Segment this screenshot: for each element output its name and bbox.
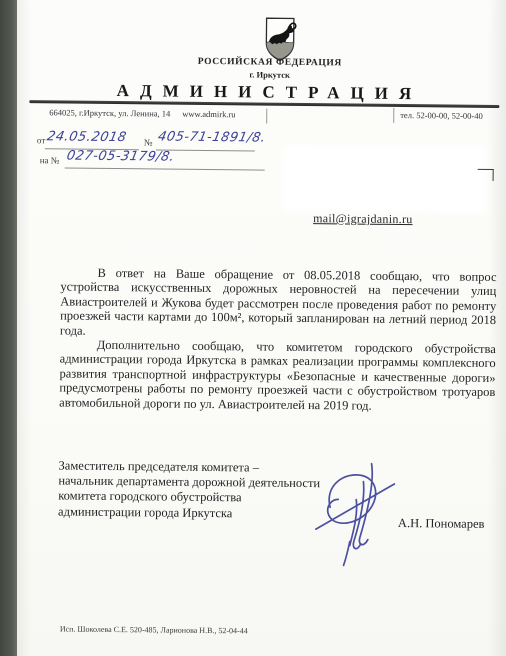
recipient-email: mail@igrajdanin.ru bbox=[313, 211, 413, 227]
letterhead-address-line: 664025, г.Иркутск, ул. Ленина, 14www.adm… bbox=[49, 107, 235, 119]
reply-number-handwritten: 027-05-3179/8. bbox=[65, 149, 175, 165]
number-label: № bbox=[144, 137, 153, 147]
body-paragraph-2: Дополнительно сообщаю, что комитетом гор… bbox=[59, 337, 496, 414]
redacted-recipient-area bbox=[286, 149, 483, 209]
letterhead-phone: тел. 52-00-00, 52-00-40 bbox=[400, 110, 483, 121]
executors-line: Исп. Шоколева С.Е. 520-485, Ларионова Н.… bbox=[60, 624, 248, 635]
phone-divider bbox=[393, 108, 394, 123]
reply-label: на № bbox=[40, 155, 60, 165]
outgoing-number-handwritten: 405-71-1891/8. bbox=[157, 129, 267, 145]
letter-body: В ответ на Ваше обращение от 08.05.2018 … bbox=[59, 265, 496, 414]
document-page: РОССИЙСКАЯ ФЕДЕРАЦИЯ г. Иркутск АДМИНИСТ… bbox=[17, 0, 506, 656]
signer-position-block: Заместитель председателя комитета – нача… bbox=[58, 458, 320, 522]
signature-autograph bbox=[307, 455, 408, 571]
letterhead-country: РОССИЙСКАЯ ФЕДЕРАЦИЯ bbox=[170, 57, 370, 69]
body-paragraph-1: В ответ на Ваше обращение от 08.05.2018 … bbox=[60, 265, 497, 342]
letterhead-city: г. Иркутск bbox=[170, 68, 370, 80]
signer-name: А.Н. Пономарев bbox=[398, 516, 485, 532]
website: www.admirk.ru bbox=[182, 109, 235, 120]
from-label: от bbox=[37, 135, 45, 145]
address-corner-mark bbox=[478, 169, 494, 181]
address-divider bbox=[266, 109, 267, 124]
postal-address: 664025, г.Иркутск, ул. Ленина, 14 bbox=[49, 107, 170, 118]
outgoing-date-handwritten: 24.05.2018 bbox=[46, 129, 128, 145]
scanned-letter: РОССИЙСКАЯ ФЕДЕРАЦИЯ г. Иркутск АДМИНИСТ… bbox=[14, 0, 506, 656]
reply-underline bbox=[65, 167, 265, 170]
signer-position-line: администрации города Иркутска bbox=[58, 504, 320, 522]
